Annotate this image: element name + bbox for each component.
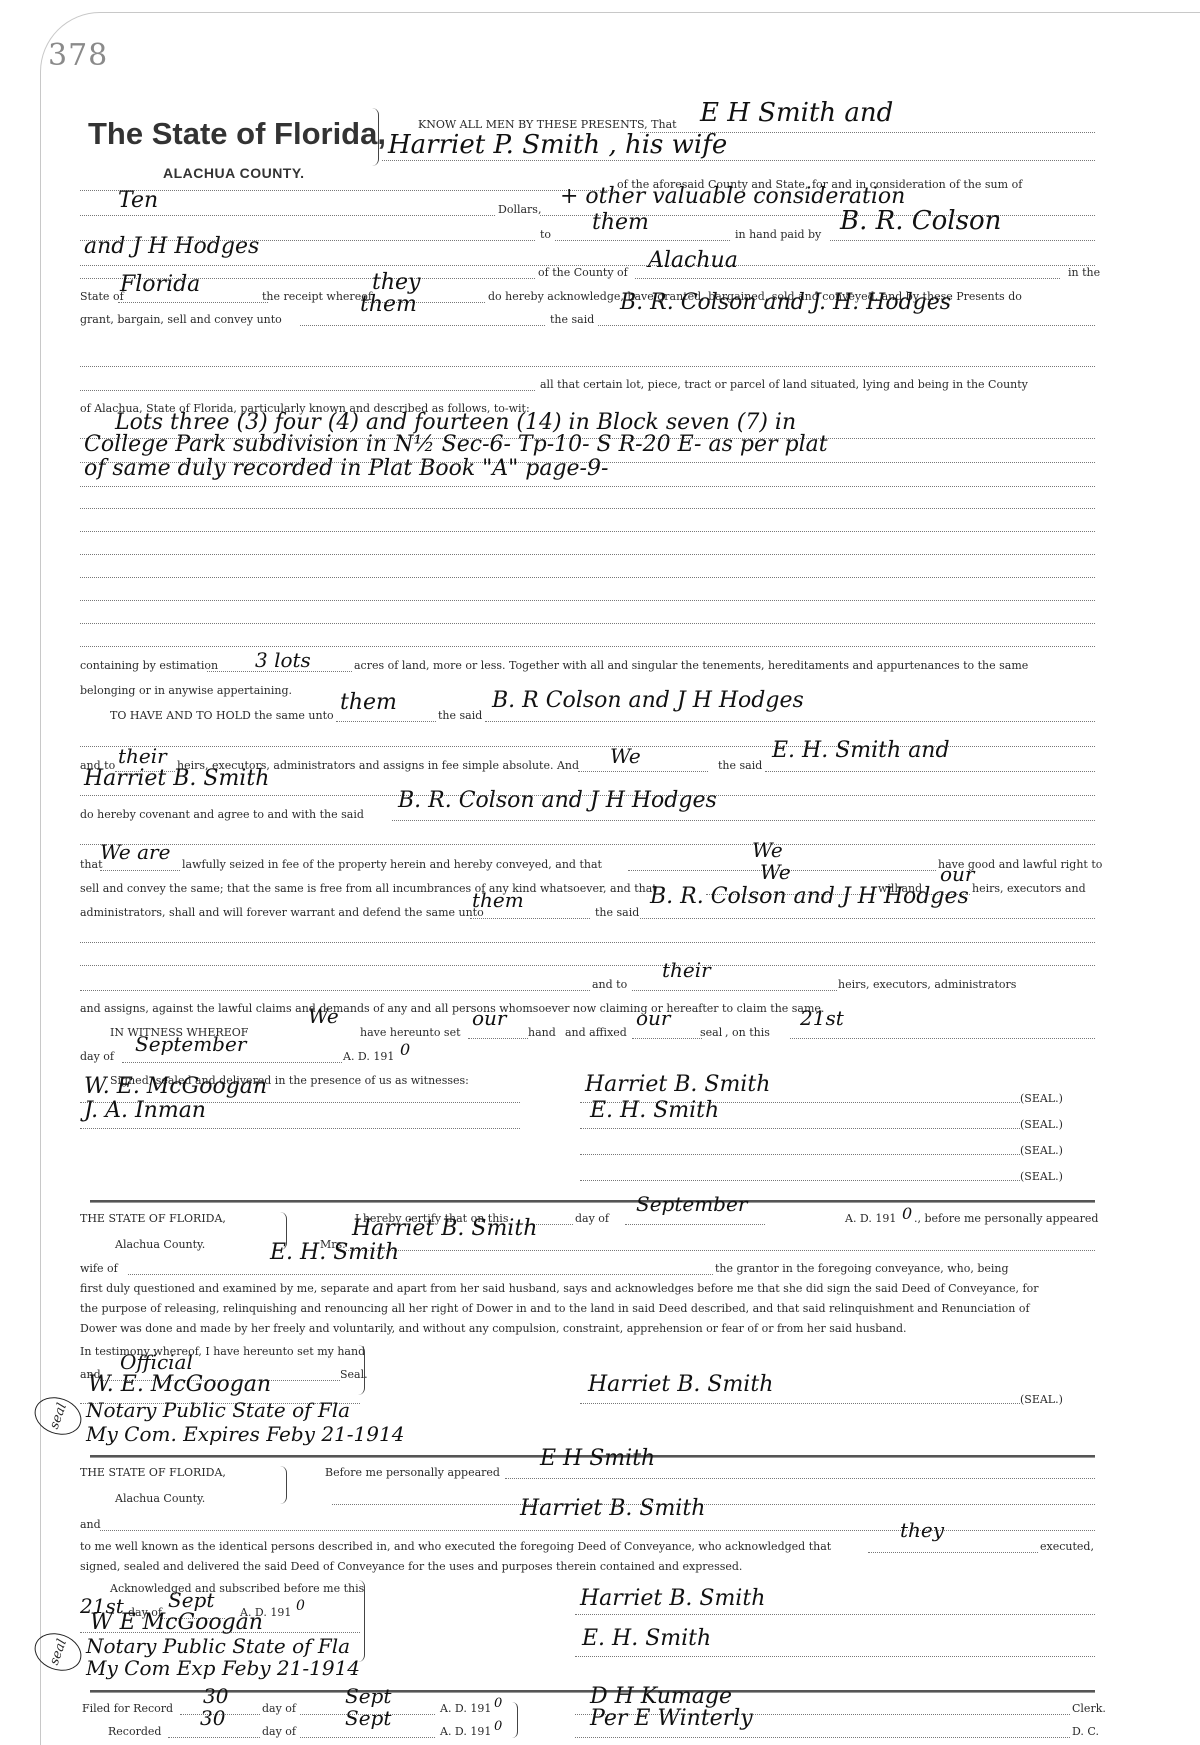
section-divider (90, 1200, 1095, 1203)
covenant-field[interactable] (392, 820, 1095, 821)
have-set-text: have hereunto set (360, 1026, 461, 1039)
ad-label: A. D. 191 (845, 1212, 896, 1225)
the-said-label: the said (718, 759, 762, 772)
seal-mark: (SEAL.) (1020, 1092, 1063, 1105)
blank-line[interactable] (80, 390, 535, 391)
ack2-signature-1: Harriet B. Smith (580, 1586, 765, 1611)
sell-handwriting: We (760, 860, 791, 884)
our-hand-field[interactable] (468, 1038, 528, 1039)
and-label: and (80, 1518, 101, 1531)
ack2-county: Alachua County. (115, 1492, 205, 1505)
and-to2-handwriting: their (662, 958, 711, 982)
official-handwriting: Official (120, 1350, 193, 1374)
admin-handwriting: them (472, 888, 524, 912)
wife-signature-line[interactable] (580, 1403, 1020, 1404)
ack-county: Alachua County. (115, 1238, 205, 1251)
the-said-label: the said (550, 313, 594, 326)
description-line-9[interactable] (80, 623, 1095, 624)
ack2-state: THE STATE OF FLORIDA, (80, 1466, 226, 1479)
dollars-label: Dollars, (498, 203, 541, 216)
wife-of-field[interactable] (128, 1274, 713, 1275)
signature-line-4[interactable] (580, 1180, 1020, 1181)
and-to-label: and to (592, 978, 627, 991)
seal-label: seal (700, 1026, 722, 1039)
person2-handwriting: Harriet B. Smith (520, 1496, 705, 1521)
signature-line-3[interactable] (580, 1154, 1020, 1155)
day-of-label: day of (575, 1212, 609, 1225)
ad-label: A. D. 191 (343, 1050, 394, 1063)
clerk-label: Clerk. (1072, 1702, 1106, 1715)
grantor-signature-2: E. H. Smith (590, 1098, 719, 1123)
deputy-signature: Per E Winterly (590, 1706, 753, 1731)
to-field[interactable] (555, 240, 730, 241)
person1-field[interactable] (505, 1478, 1095, 1479)
testimony-brace (358, 1345, 365, 1395)
certify-month-field[interactable] (625, 1224, 765, 1225)
filed-month-handwriting: Sept (345, 1684, 391, 1708)
witness-line-2[interactable] (80, 1128, 520, 1129)
defend-handwriting: B. R. Colson and J H Hodges (650, 884, 969, 909)
receipt-label: the receipt whereof (262, 290, 372, 303)
day-of-label: day of (262, 1702, 296, 1715)
year-digit: 0 (296, 1598, 305, 1614)
grant-label: grant, bargain, sell and convey unto (80, 313, 282, 326)
wife-of-handwriting: E. H. Smith (270, 1240, 399, 1265)
unto-handwriting: them (340, 690, 397, 715)
paid-by-label: in hand paid by (735, 228, 821, 241)
containing-label: containing by estimation (80, 659, 218, 672)
we-handwriting: We (308, 1004, 339, 1028)
signature-line-2[interactable] (580, 1128, 1020, 1129)
description-handwriting-2: College Park subdivision in N½ Sec-6- Tp… (84, 432, 828, 457)
person2-field[interactable] (100, 1530, 1095, 1531)
to-handwriting: them (592, 210, 649, 235)
ack2-notary-brace (358, 1580, 365, 1662)
and-handwriting: We (610, 744, 641, 768)
grantors-field-1[interactable] (765, 771, 1095, 772)
seal-mark: (SEAL.) (1020, 1144, 1063, 1157)
wife-of-label: wife of (80, 1262, 118, 1275)
seized-handwriting: We (752, 838, 783, 862)
description-line-10[interactable] (80, 646, 1095, 647)
grant-field[interactable] (300, 325, 545, 326)
seal-mark: (SEAL.) (1020, 1118, 1063, 1131)
blank-line[interactable] (80, 844, 1095, 845)
to-have-text: TO HAVE AND TO HOLD the same unto (110, 709, 334, 722)
administrators-text: administrators, shall and will forever w… (80, 906, 484, 919)
dower-para-3: Dower was done and made by her freely an… (80, 1322, 907, 1335)
before-me-text: ., before me personally appeared (914, 1212, 1098, 1225)
admin-field[interactable] (470, 918, 590, 919)
witness-signature-1: W. E. McGoogan (84, 1074, 267, 1099)
heirs-exec-text: heirs, executors and (972, 882, 1086, 895)
recording-brace (512, 1702, 518, 1738)
who-handwriting: they (900, 1518, 944, 1542)
notary2-title: Notary Public State of Fla (86, 1634, 350, 1658)
mrs-field[interactable] (346, 1250, 1095, 1251)
dc-label: D. C. (1072, 1725, 1099, 1738)
seal-mark: (SEAL.) (1020, 1393, 1063, 1406)
blank-line[interactable] (80, 965, 1095, 966)
county-handwriting: Alachua (648, 248, 738, 273)
recorded-month-handwriting: Sept (345, 1706, 391, 1730)
our2-handwriting: our (636, 1006, 670, 1030)
sell-convey-text: sell and convey the same; that the same … (80, 882, 657, 895)
habendum-grantees-field[interactable] (485, 721, 1095, 722)
in-the-label: in the (1068, 266, 1100, 279)
header-brace (372, 108, 379, 166)
description-line-3[interactable] (80, 486, 1095, 487)
signed-delivered-text: signed, sealed and delivered the said De… (80, 1560, 742, 1573)
filed-label: Filed for Record (82, 1702, 173, 1715)
all-that-text: all that certain lot, piece, tract or pa… (540, 378, 1028, 391)
habendum-grantees-handwriting: B. R Colson and J H Hodges (492, 688, 804, 713)
state-handwriting: Florida (120, 272, 200, 297)
grantor-field-2[interactable] (382, 160, 1095, 161)
ack-state: THE STATE OF FLORIDA, (80, 1212, 226, 1225)
certify-month-handwriting: September (636, 1192, 747, 1216)
sum-handwriting: Ten (118, 188, 158, 213)
recorded-month-field[interactable] (300, 1737, 435, 1738)
and-to2-field[interactable] (632, 990, 837, 991)
paid-by-handwriting: B. R. Colson (840, 206, 1001, 236)
unto-field[interactable] (336, 721, 436, 722)
seized-text: lawfully seized in fee of the property h… (182, 858, 602, 871)
recorded-day-field[interactable] (168, 1737, 260, 1738)
wife-signature: Harriet B. Smith (588, 1372, 773, 1397)
acknowledged-text: Acknowledged and subscribed before me th… (110, 1582, 364, 1595)
well-known-text: to me well known as the identical person… (80, 1540, 831, 1553)
our1-handwriting: our (472, 1006, 506, 1030)
grant-handwriting: them (360, 292, 417, 317)
belonging-text: belonging or in anywise appertaining. (80, 684, 292, 697)
state-field[interactable] (118, 302, 268, 303)
day-handwriting: 21st (800, 1006, 844, 1030)
ack2-signature-2: E. H. Smith (582, 1626, 711, 1651)
day-of-label: day of (80, 1050, 114, 1063)
description-line-6[interactable] (80, 554, 1095, 555)
acres-text: acres of land, more or less. Together wi… (354, 659, 1028, 672)
grantor-text: the grantor in the foregoing conveyance,… (715, 1262, 1009, 1275)
recorded-year-digit: 0 (494, 1719, 502, 1734)
sum-field[interactable] (80, 215, 495, 216)
covenant-handwriting: B. R. Colson and J H Hodges (398, 788, 717, 813)
grantor-handwriting-1: E H Smith and (700, 98, 893, 128)
ack2-signature-line-1[interactable] (575, 1614, 1095, 1615)
hand-label: hand (528, 1026, 556, 1039)
description-line-4[interactable] (80, 508, 1095, 509)
document-title: The State of Florida, (88, 116, 386, 152)
to-label: to (540, 228, 551, 241)
description-handwriting-3: of same duly recorded in Plat Book "A" p… (84, 456, 608, 481)
description-line-8[interactable] (80, 600, 1095, 601)
ad-label: A. D. 191 (440, 1702, 491, 1715)
our-seal-field[interactable] (632, 1038, 702, 1039)
person1-handwriting: E H Smith (540, 1446, 655, 1471)
filed-day-handwriting: 30 (203, 1684, 228, 1708)
deputy-signature-line[interactable] (575, 1737, 1070, 1738)
grantees-handwriting: B. R. Colson and J. H. Hodges (620, 290, 951, 315)
will-handwriting: our (940, 862, 974, 886)
heirs2-text: heirs, executors, administrators (838, 978, 1016, 991)
recorded-label: Recorded (108, 1725, 161, 1738)
month-handwriting: September (135, 1032, 246, 1056)
assigns-text: and assigns, against the lawful claims a… (80, 1002, 824, 1015)
covenant-text: do hereby covenant and agree to and with… (80, 808, 364, 821)
that-handwriting: We are (100, 840, 170, 864)
blank-line[interactable] (80, 190, 615, 191)
that-field[interactable] (100, 870, 180, 871)
dower-para-2: the purpose of releasing, relinquishing … (80, 1302, 1030, 1315)
notary-commission: My Com. Expires Feby 21-1914 (86, 1422, 404, 1446)
on-this-label: , on this (725, 1026, 770, 1039)
containing-handwriting: 3 lots (255, 648, 311, 672)
notary2-commission: My Com Exp Feby 21-1914 (86, 1656, 360, 1680)
and-field[interactable] (578, 771, 708, 772)
grantees-field[interactable] (598, 325, 1095, 326)
blank-line[interactable] (80, 366, 1095, 367)
grantor-handwriting-2: Harriet P. Smith , his wife (388, 130, 727, 160)
year-digit: 0 (902, 1204, 912, 1223)
ack2-signature-line-2[interactable] (575, 1656, 1095, 1657)
and-to-handwriting: their (118, 744, 167, 768)
page-number: 378 (48, 38, 108, 73)
ad-label: A. D. 191 (440, 1725, 491, 1738)
county-of-label: of the County of (538, 266, 628, 279)
paid-by-field[interactable] (830, 240, 1095, 241)
grantors-handwriting-1: E. H. Smith and (772, 738, 950, 763)
description-line-7[interactable] (80, 577, 1095, 578)
seal-mark: (SEAL.) (1020, 1170, 1063, 1183)
day-field[interactable] (790, 1038, 1095, 1039)
recorded-day-handwriting: 30 (200, 1706, 225, 1730)
month-field[interactable] (122, 1062, 342, 1063)
blank-line[interactable] (332, 1504, 1095, 1505)
ack2-month-handwriting: Sept (168, 1588, 214, 1612)
day-of-label: day of (262, 1725, 296, 1738)
blank-line[interactable] (80, 942, 1095, 943)
mrs-handwriting: Harriet B. Smith (352, 1216, 537, 1241)
the-said-label: the said (595, 906, 639, 919)
the-said-label: the said (438, 709, 482, 722)
blank-line[interactable] (80, 990, 590, 991)
before-me-appeared: Before me personally appeared (325, 1466, 500, 1479)
grantor-signature-1: Harriet B. Smith (585, 1072, 770, 1097)
county-heading: ALACHUA COUNTY. (163, 165, 305, 181)
witness-signature-2: J. A. Inman (84, 1098, 206, 1123)
defend-field[interactable] (640, 918, 1095, 919)
paid-by-cont-handwriting: and J H Hodges (84, 234, 259, 259)
dower-para-1: first duly questioned and examined by me… (80, 1282, 1038, 1295)
executed-text: executed, (1040, 1540, 1094, 1553)
grantors-handwriting-2: Harriet B. Smith (84, 766, 269, 791)
ack2-brace (280, 1466, 287, 1504)
county-field[interactable] (635, 278, 1060, 279)
year-digit: 0 (400, 1040, 410, 1059)
notary-signature: W. E. McGoogan (88, 1372, 271, 1397)
notary2-signature: W E McGoogan (90, 1610, 263, 1635)
who-field[interactable] (868, 1552, 1038, 1553)
filed-year-digit: 0 (494, 1696, 502, 1711)
affixed-label: and affixed (565, 1026, 627, 1039)
description-line-5[interactable] (80, 531, 1095, 532)
notary-title: Notary Public State of Fla (86, 1398, 350, 1422)
